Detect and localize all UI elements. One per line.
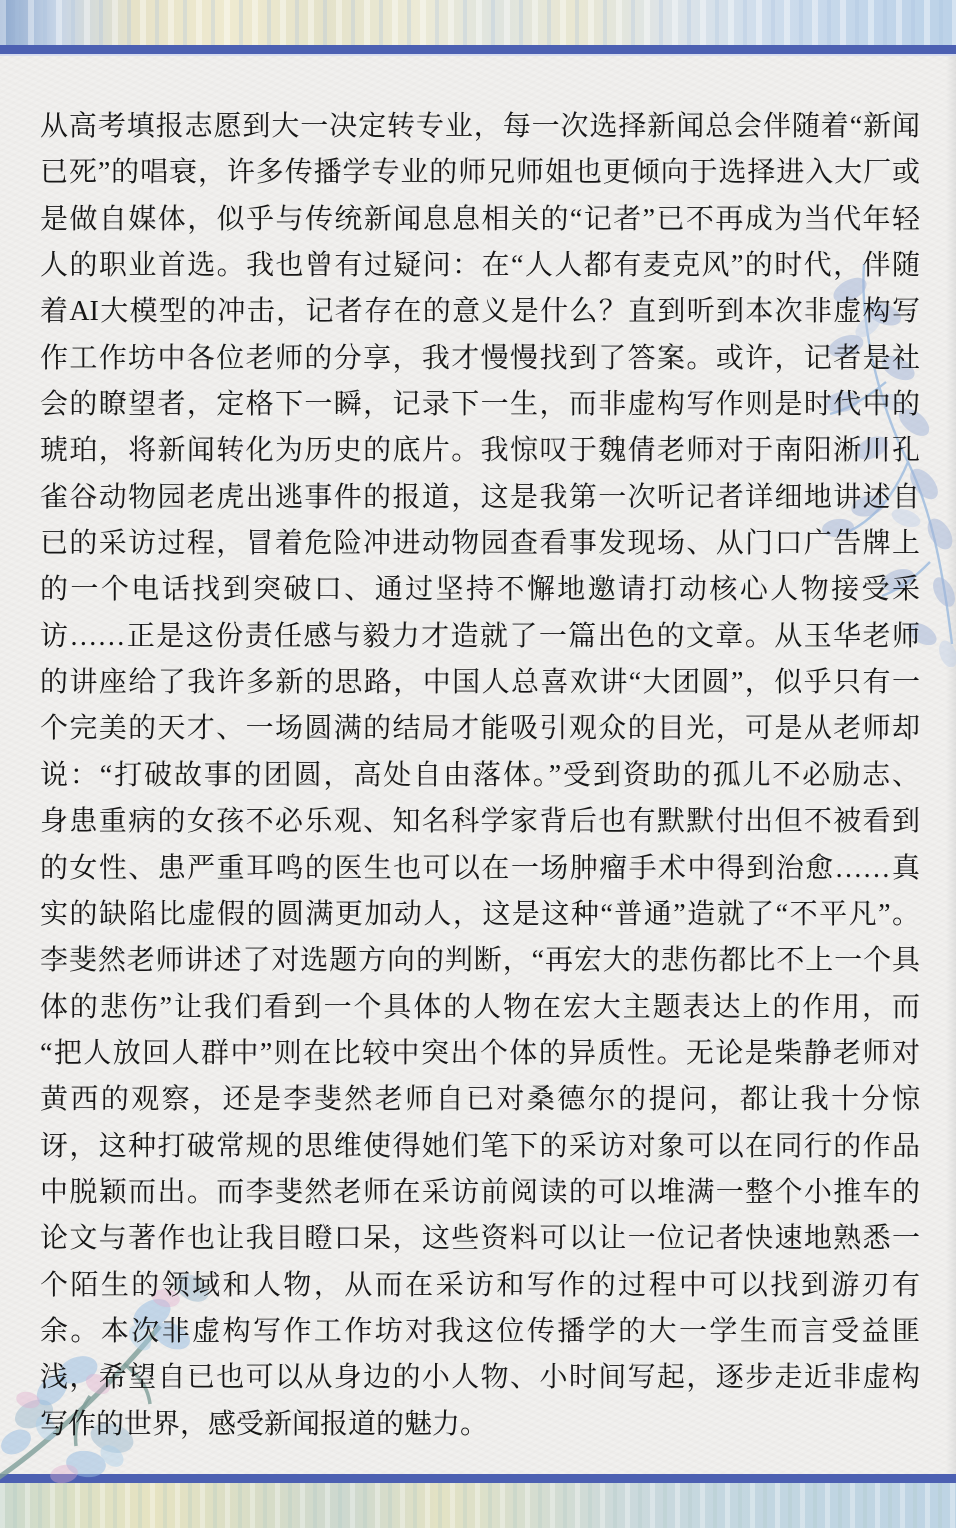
text-line: 论文与著作也让我目瞪口呆，这些资料可以让一位记者快速地熟悉一 [40,1216,920,1262]
text-line: 个完美的天才、一场圆满的结局才能吸引观众的目光，可是从老师却 [40,706,920,752]
text-line: 访……正是这份责任感与毅力才造就了一篇出色的文章。从玉华老师 [40,614,920,660]
text-line: 琥珀，将新闻转化为历史的底片。我惊叹于魏倩老师对于南阳淅川孔 [40,428,920,474]
text-line: 的讲座给了我许多新的思路，中国人总喜欢讲“大团圆”，似乎只有一 [40,660,920,706]
essay-text: 从高考填报志愿到大一决定转专业，每一次选择新闻总会伴随着“新闻已死”的唱衰，许多… [40,104,920,1448]
text-line: 是做自媒体，似乎与传统新闻息息相关的“记者”已不再成为当代年轻 [40,197,920,243]
text-line: 余。本次非虚构写作工作坊对我这位传播学的大一学生而言受益匪 [40,1309,920,1355]
text-line: 体的悲伤”让我们看到一个具体的人物在宏大主题表达上的作用，而 [40,985,920,1031]
text-line: 写作的世界，感受新闻报道的魅力。 [40,1402,920,1448]
text-line: 已的采访过程，冒着危险冲进动物园查看事发现场、从门口广告牌上 [40,521,920,567]
text-line: 雀谷动物园老虎出逃事件的报道，这是我第一次听记者详细地讲述自 [40,475,920,521]
text-line: 作工作坊中各位老师的分享，我才慢慢找到了答案。或许，记者是社 [40,336,920,382]
text-line: 中脱颖而出。而李斐然老师在采访前阅读的可以堆满一整个小推车的 [40,1170,920,1216]
text-line: 会的瞭望者，定格下一瞬，记录下一生，而非虚构写作则是时代中的 [40,382,920,428]
text-line: “把人放回人群中”则在比较中突出个体的异质性。无论是柴静老师对 [40,1031,920,1077]
text-line: 身患重病的女孩不必乐观、知名科学家背后也有默默付出但不被看到 [40,799,920,845]
text-line: 人的职业首选。我也曾有过疑问：在“人人都有麦克风”的时代，伴随 [40,243,920,289]
text-line: 说：“打破故事的团圆，高处自由落体。”受到资助的孤儿不必励志、 [40,753,920,799]
watercolor-band-bottom [0,1483,956,1528]
text-line: 浅，希望自已也可以从身边的小人物、小时间写起，逐步走近非虚构 [40,1355,920,1401]
watercolor-band-top [0,0,956,45]
text-line: 个陌生的领域和人物，从而在采访和写作的过程中可以找到游刃有 [40,1263,920,1309]
page: 从高考填报志愿到大一决定转专业，每一次选择新闻总会伴随着“新闻已死”的唱衰，许多… [0,0,956,1528]
text-line: 已死”的唱衰，许多传播学专业的师兄师姐也更倾向于选择进入大厂或 [40,150,920,196]
text-line: 实的缺陷比虚假的圆满更加动人，这是这种“普通”造就了“不平凡”。 [40,892,920,938]
text-line: 的一个电话找到突破口、通过坚持不懈地邀请打动核心人物接受采 [40,567,920,613]
text-line: 着AI大模型的冲击，记者存在的意义是什么？直到听到本次非虚构写 [40,289,920,335]
accent-bar-top [0,45,956,56]
text-line: 李斐然老师讲述了对选题方向的判断，“再宏大的悲伤都比不上一个具 [40,938,920,984]
text-line: 的女性、患严重耳鸣的医生也可以在一场肿瘤手术中得到治愈……真 [40,846,920,892]
text-line: 黄西的观察，还是李斐然老师自已对桑德尔的提问，都让我十分惊 [40,1077,920,1123]
text-line: 讶，这种打破常规的思维使得她们笔下的采访对象可以在同行的作品 [40,1124,920,1170]
text-line: 从高考填报志愿到大一决定转专业，每一次选择新闻总会伴随着“新闻 [40,104,920,150]
